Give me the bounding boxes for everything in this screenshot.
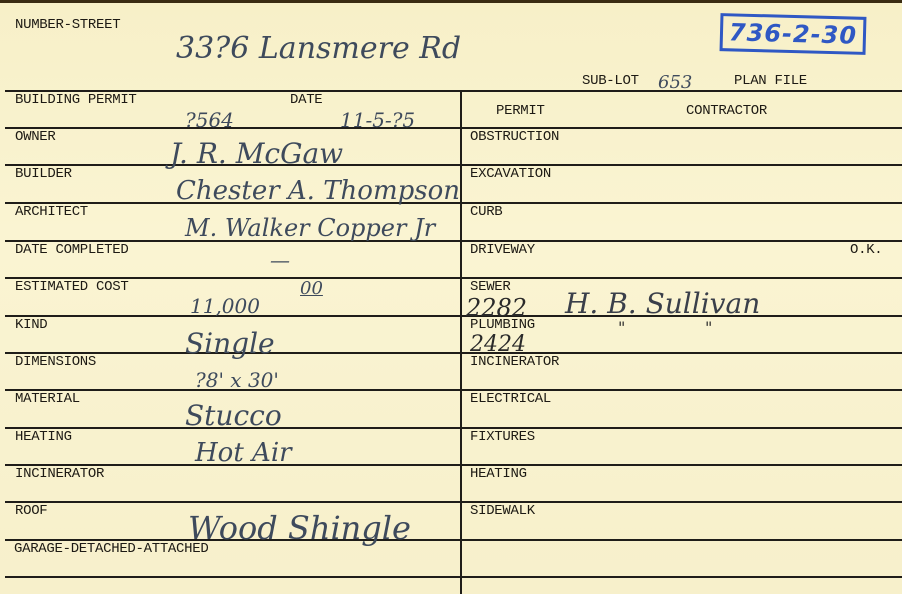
heating-value: Hot Air <box>195 440 292 466</box>
date-completed-label: DATE COMPLETED <box>15 243 128 257</box>
divider <box>5 240 902 242</box>
curb-label: CURB <box>470 205 502 219</box>
divider <box>5 277 902 279</box>
material-label: MATERIAL <box>15 392 80 406</box>
sewer-contractor: H. B. Sullivan <box>565 290 760 318</box>
divider <box>5 427 902 429</box>
building-permit-label: BUILDING PERMIT <box>15 93 137 107</box>
estimated-cost-cents: 00 <box>300 280 323 298</box>
sewer-label: SEWER <box>470 280 511 294</box>
contractor-header: CONTRACTOR <box>686 104 767 118</box>
material-value: Stucco <box>185 402 282 430</box>
estimated-cost-label: ESTIMATED COST <box>15 280 128 294</box>
sidewalk-label: SIDEWALK <box>470 504 535 518</box>
kind-label: KIND <box>15 318 47 332</box>
garage-label: GARAGE-DETACHED-ATTACHED <box>14 542 208 556</box>
excavation-label: EXCAVATION <box>470 167 551 181</box>
estimated-cost-value: 11,000 <box>190 296 260 316</box>
dimensions-label: DIMENSIONS <box>15 355 96 369</box>
incinerator-permit-label: INCINERATOR <box>470 355 559 369</box>
builder-label: BUILDER <box>15 167 72 181</box>
roof-value: Wood Shingle <box>188 512 411 544</box>
number-street-value: 33?6 Lansmere Rd <box>176 34 461 64</box>
sewer-permit-number: 2282 <box>466 296 527 320</box>
architect-value: M. Walker Copper Jr <box>185 216 435 240</box>
permit-card: NUMBER-STREET 33?6 Lansmere Rd 736-2-30 … <box>0 0 902 594</box>
date-label: DATE <box>290 93 322 107</box>
permit-header: PERMIT <box>496 104 545 118</box>
file-number-text: 736-2-30 <box>729 18 858 49</box>
file-number-stamp: 736-2-30 <box>720 13 867 55</box>
heating-permit-label: HEATING <box>470 467 527 481</box>
plumbing-contractor-ditto: " <box>618 318 625 337</box>
divider <box>5 127 902 129</box>
date-value: 11-5-?5 <box>340 110 415 130</box>
building-permit-value: ?564 <box>185 110 234 130</box>
column-divider <box>460 90 462 594</box>
plan-file-label: PLAN FILE <box>734 74 807 88</box>
roof-label: ROOF <box>15 504 47 518</box>
incinerator-label: INCINERATOR <box>15 467 104 481</box>
obstruction-label: OBSTRUCTION <box>470 130 559 144</box>
driveway-label: DRIVEWAY <box>470 243 535 257</box>
divider <box>5 90 902 92</box>
dimensions-value: ?8' x 30' <box>195 370 279 390</box>
divider <box>5 352 902 354</box>
plumbing-contractor-ditto: " <box>705 318 712 337</box>
fixtures-label: FIXTURES <box>470 430 535 444</box>
architect-label: ARCHITECT <box>15 205 88 219</box>
divider <box>5 576 902 578</box>
driveway-note: O.K. <box>850 243 882 257</box>
divider <box>5 464 902 466</box>
divider <box>5 501 902 503</box>
divider <box>5 164 902 166</box>
builder-value: Chester A. Thompson <box>176 178 460 204</box>
sub-lot-label: SUB-LOT <box>582 74 639 88</box>
number-street-label: NUMBER-STREET <box>15 18 120 32</box>
divider <box>5 389 902 391</box>
electrical-label: ELECTRICAL <box>470 392 551 406</box>
kind-value: Single <box>185 330 275 358</box>
plumbing-permit-number: 2424 <box>470 334 526 356</box>
date-completed-value: — <box>270 250 290 270</box>
divider <box>5 315 902 317</box>
owner-value: J. R. McGaw <box>170 140 343 168</box>
heating-label: HEATING <box>15 430 72 444</box>
owner-label: OWNER <box>15 130 56 144</box>
